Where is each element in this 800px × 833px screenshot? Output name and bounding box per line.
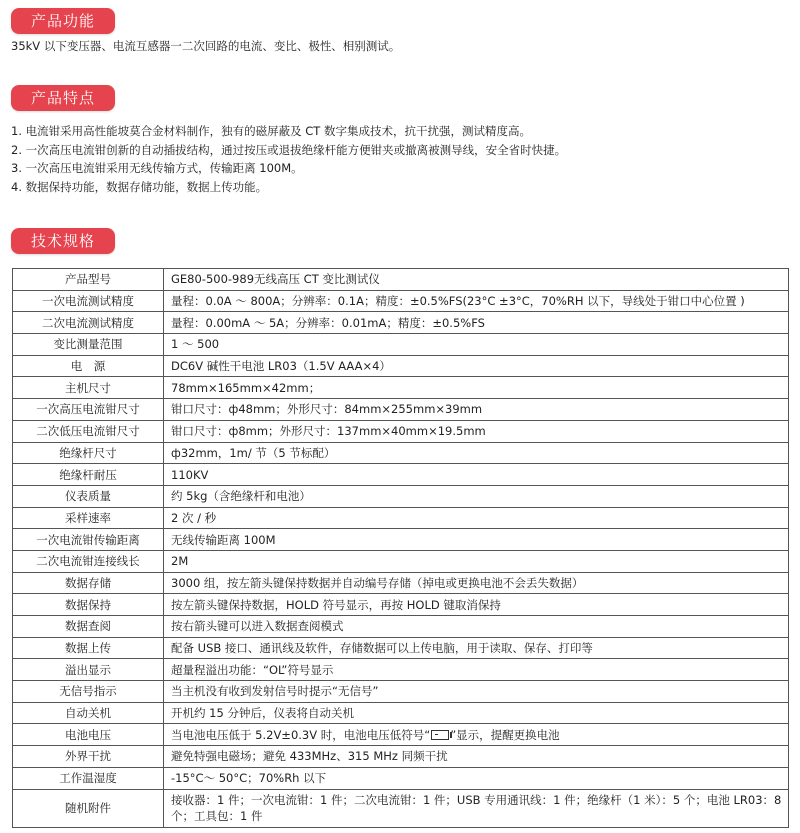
table-row: 溢出显示超量程溢出功能：“OL”符号显示	[13, 659, 789, 681]
table-row: 数据保持按左箭头键保持数据，HOLD 符号显示，再按 HOLD 键取消保持	[13, 594, 789, 616]
spec-label: 二次电流钳连接线长	[13, 550, 164, 572]
table-row: 采样速率2 次 / 秒	[13, 507, 789, 529]
spec-label: 采样速率	[13, 507, 164, 529]
battery-text-prefix: 当电池电压低于 5.2V±0.3V 时，电池电压低符号“	[171, 728, 430, 742]
spec-label: 一次电流钳传输距离	[13, 529, 164, 551]
spec-value: 78mm×165mm×42mm；	[164, 377, 789, 399]
spec-label: 电 源	[13, 355, 164, 377]
table-row: 变比测量范围1 ～ 500	[13, 334, 789, 356]
table-row: 二次电流测试精度量程：0.00mA ～ 5A；分辨率：0.01mA；精度：±0.…	[13, 312, 789, 334]
spec-label: 绝缘杆尺寸	[13, 442, 164, 464]
section-title-features: 产品特点	[11, 85, 115, 111]
spec-label: 主机尺寸	[13, 377, 164, 399]
spec-value: 3000 组，按左箭头键保持数据并自动编号存储（掉电或更换电池不会丢失数据）	[164, 572, 789, 594]
spec-value: 量程：0.00mA ～ 5A；分辨率：0.01mA；精度：±0.5%FS	[164, 312, 789, 334]
table-row: 一次电流钳传输距离无线传输距离 100M	[13, 529, 789, 551]
spec-value: 2M	[164, 550, 789, 572]
section-title-function: 产品功能	[11, 8, 115, 34]
spec-value: 量程：0.0A ～ 800A；分辨率：0.1A；精度：±0.5%FS(23°C …	[164, 290, 789, 312]
spec-label: 自动关机	[13, 702, 164, 724]
table-row: 绝缘杆尺寸ф32mm，1m/ 节（5 节标配）	[13, 442, 789, 464]
spec-label: 无信号指示	[13, 681, 164, 703]
table-row: 主机尺寸78mm×165mm×42mm；	[13, 377, 789, 399]
table-row: 外界干扰避免特强电磁场；避免 433MHz、315 MHz 同频干扰	[13, 746, 789, 768]
spec-value: 2 次 / 秒	[164, 507, 789, 529]
table-row: 数据查阅按右箭头键可以进入数据查阅模式	[13, 616, 789, 638]
spec-label: 变比测量范围	[13, 334, 164, 356]
spec-value: 当主机没有收到发射信号时提示“无信号”	[164, 681, 789, 703]
spec-label: 数据存储	[13, 572, 164, 594]
spec-value: 约 5kg（含绝缘杆和电池）	[164, 485, 789, 507]
spec-label: 数据上传	[13, 637, 164, 659]
spec-label: 随机附件	[13, 789, 164, 827]
spec-label: 工作温湿度	[13, 767, 164, 789]
spec-value: 避免特强电磁场；避免 433MHz、315 MHz 同频干扰	[164, 746, 789, 768]
spec-value: 110KV	[164, 464, 789, 486]
spec-value: 超量程溢出功能：“OL”符号显示	[164, 659, 789, 681]
spec-value: ф32mm，1m/ 节（5 节标配）	[164, 442, 789, 464]
spec-value: 开机约 15 分钟后，仪表将自动关机	[164, 702, 789, 724]
spec-value: GE80-500-989无线高压 CT 变比测试仪	[164, 269, 789, 291]
spec-value: 当电池电压低于 5.2V±0.3V 时，电池电压低符号“”显示，提醒更换电池	[164, 724, 789, 746]
table-row: 二次电流钳连接线长2M	[13, 550, 789, 572]
battery-text-suffix: ”显示，提醒更换电池	[450, 728, 559, 742]
feature-item: 1. 电流钳采用高性能坡莫合金材料制作，独有的磁屏蔽及 CT 数字集成技术，抗干…	[11, 122, 566, 141]
spec-label: 数据保持	[13, 594, 164, 616]
spec-label: 一次电流测试精度	[13, 290, 164, 312]
table-row: 工作温湿度-15°C～ 50°C；70%Rh 以下	[13, 767, 789, 789]
spec-label: 产品型号	[13, 269, 164, 291]
spec-value: 接收器：1 件；一次电流钳：1 件；二次电流钳：1 件；USB 专用通讯线：1 …	[164, 789, 789, 827]
table-row: 一次高压电流钳尺寸钳口尺寸：ф48mm；外形尺寸：84mm×255mm×39mm	[13, 399, 789, 421]
spec-value: DC6V 碱性干电池 LR03（1.5V AAA×4）	[164, 355, 789, 377]
table-row: 产品型号GE80-500-989无线高压 CT 变比测试仪	[13, 269, 789, 291]
spec-value: 钳口尺寸：ф48mm；外形尺寸：84mm×255mm×39mm	[164, 399, 789, 421]
section-title-specs: 技术规格	[11, 228, 115, 254]
spec-label: 仪表质量	[13, 485, 164, 507]
spec-label: 外界干扰	[13, 746, 164, 768]
spec-table: 产品型号GE80-500-989无线高压 CT 变比测试仪 一次电流测试精度量程…	[12, 268, 789, 828]
spec-value: 1 ～ 500	[164, 334, 789, 356]
table-row: 一次电流测试精度量程：0.0A ～ 800A；分辨率：0.1A；精度：±0.5%…	[13, 290, 789, 312]
table-row: 数据存储3000 组，按左箭头键保持数据并自动编号存储（掉电或更换电池不会丢失数…	[13, 572, 789, 594]
spec-label: 二次电流测试精度	[13, 312, 164, 334]
table-row: 自动关机开机约 15 分钟后，仪表将自动关机	[13, 702, 789, 724]
spec-value: 按左箭头键保持数据，HOLD 符号显示，再按 HOLD 键取消保持	[164, 594, 789, 616]
spec-value: 配备 USB 接口、通讯线及软件，存储数据可以上传电脑，用于读取、保存、打印等	[164, 637, 789, 659]
spec-label: 绝缘杆耐压	[13, 464, 164, 486]
spec-label: 二次低压电流钳尺寸	[13, 420, 164, 442]
spec-label: 溢出显示	[13, 659, 164, 681]
feature-item: 2. 一次高压电流钳创新的自动插拔结构，通过按压或退拔绝缘杆能方便钳夹或撤离被测…	[11, 141, 566, 160]
spec-label: 电池电压	[13, 724, 164, 746]
battery-low-icon	[431, 730, 449, 740]
spec-label: 数据查阅	[13, 616, 164, 638]
table-row: 随机附件接收器：1 件；一次电流钳：1 件；二次电流钳：1 件；USB 专用通讯…	[13, 789, 789, 827]
spec-value: 按右箭头键可以进入数据查阅模式	[164, 616, 789, 638]
table-row: 二次低压电流钳尺寸钳口尺寸：ф8mm；外形尺寸：137mm×40mm×19.5m…	[13, 420, 789, 442]
table-row: 电池电压当电池电压低于 5.2V±0.3V 时，电池电压低符号“”显示，提醒更换…	[13, 724, 789, 746]
spec-value: 钳口尺寸：ф8mm；外形尺寸：137mm×40mm×19.5mm	[164, 420, 789, 442]
features-list: 1. 电流钳采用高性能坡莫合金材料制作，独有的磁屏蔽及 CT 数字集成技术，抗干…	[11, 122, 566, 196]
spec-value: 无线传输距离 100M	[164, 529, 789, 551]
table-row: 绝缘杆耐压110KV	[13, 464, 789, 486]
table-row: 数据上传配备 USB 接口、通讯线及软件，存储数据可以上传电脑，用于读取、保存、…	[13, 637, 789, 659]
table-row: 电 源DC6V 碱性干电池 LR03（1.5V AAA×4）	[13, 355, 789, 377]
table-row: 无信号指示当主机没有收到发射信号时提示“无信号”	[13, 681, 789, 703]
feature-item: 3. 一次高压电流钳采用无线传输方式，传输距离 100M。	[11, 159, 566, 178]
spec-label: 一次高压电流钳尺寸	[13, 399, 164, 421]
table-row: 仪表质量约 5kg（含绝缘杆和电池）	[13, 485, 789, 507]
function-description: 35kV 以下变压器、电流互感器一二次回路的电流、变比、极性、相别测试。	[11, 38, 400, 56]
spec-value: -15°C～ 50°C；70%Rh 以下	[164, 767, 789, 789]
feature-item: 4. 数据保持功能，数据存储功能，数据上传功能。	[11, 178, 566, 197]
